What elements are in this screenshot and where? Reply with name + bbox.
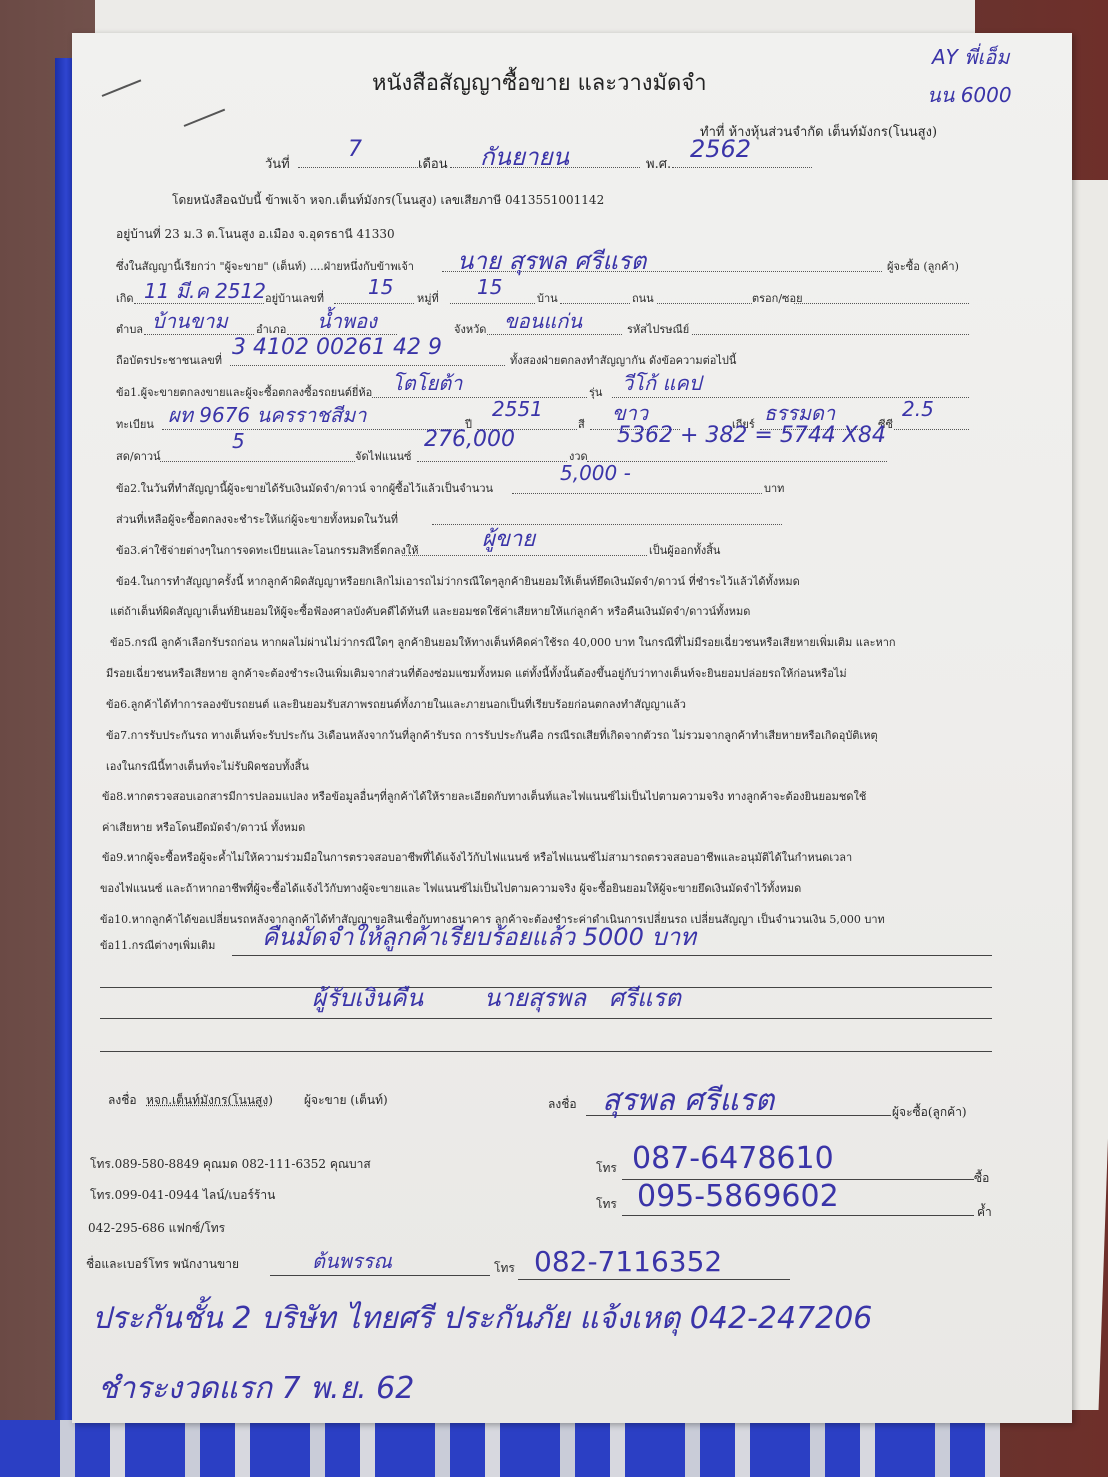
guarantor-phone-label: โทร <box>596 1195 617 1214</box>
seller-role: ผู้จะขาย (เต็นท์) <box>304 1091 388 1110</box>
clause-line: ค่าเสียหาย หรือโดนยึดมัดจำ/ดาวน์ ทั้งหมด <box>102 818 305 836</box>
clause-line: ข้อ4.ในการทำสัญญาครั้งนี้ หากลูกค้าผิดสั… <box>116 572 800 590</box>
seller-address: อยู่บ้านที่ 23 ม.3 ต.โนนสูง อ.เมือง จ.อุ… <box>116 225 395 244</box>
clause2-text: ข้อ2.ในวันที่ทำสัญญานี้ผู้จะขายได้รับเงิ… <box>116 479 493 497</box>
seller-sign-value: หจก.เต็นท์มังกร(โนนสูง) <box>146 1091 273 1110</box>
corner-note-2: นน 6000 <box>927 79 1012 111</box>
clause11-label: ข้อ11.กรณีต่างๆเพิ่มเติม <box>100 936 215 954</box>
clause-line: ของไฟแนนซ์ และถ้าหากอาชีพที่ผู้จะซื้อได้… <box>100 879 801 897</box>
seller-intro: โดยหนังสือฉบับนี้ ข้าพเจ้า หจก.เต็นท์มัง… <box>172 191 604 210</box>
buyer-name-label: ซึ่งในสัญญานี้เรียกว่า "ผู้จะขาย" (เต็นท… <box>116 257 414 275</box>
buyer-phone-label: โทร <box>596 1159 617 1178</box>
buyer-signature: สุรพล ศรีแรต <box>602 1077 774 1124</box>
moo-label: หมู่ที่ <box>417 289 439 307</box>
clause-line: ข้อ7.การรับประกันรถ ทางเต็นท์จะรับประกัน… <box>106 726 878 744</box>
tambon-label: ตำบล <box>116 320 143 338</box>
clause11-note-1: คืนมัดจำให้ลูกค้าเรียบร้อยแล้ว 5000 บาท <box>262 917 696 956</box>
car-model: วีโก้ แคป <box>622 367 701 399</box>
tambon-value: บ้านขาม <box>152 305 228 337</box>
blue-binder-bottom <box>0 1420 1000 1477</box>
month-value: กันยายน <box>480 137 569 176</box>
day-label: วันที่ <box>265 153 290 174</box>
salesperson-phone: 082-7116352 <box>534 1245 722 1278</box>
cc-value: 2.5 <box>902 397 934 421</box>
clause-line: เองในกรณีนี้ทางเต็นท์จะไม่รับผิดชอบทั้งส… <box>106 757 309 775</box>
province-label: จังหวัด <box>454 320 486 338</box>
buyer-role: ผู้จะซื้อ(ลูกค้า) <box>892 1103 967 1122</box>
down-value: 5 <box>232 429 245 453</box>
contact-line: 042-295-686 แฟกซ์/โทร <box>88 1219 225 1238</box>
contact-line: โทร.099-041-0944 ไลน์/เบอร์ร้าน <box>90 1186 275 1205</box>
buyer-phone-role: ซื้อ <box>974 1169 989 1188</box>
clause-line: ข้อ9.หากผู้จะซื้อหรือผู้จะค้ำไม่ให้ความร… <box>102 848 852 866</box>
contact-line: โทร.089-580-8849 คุณมด 082-111-6352 คุณบ… <box>90 1155 371 1174</box>
down-label: สด/ดาวน์ <box>116 447 161 465</box>
guarantor-phone: 095-5869602 <box>637 1179 839 1214</box>
province-value: ขอนแก่น <box>504 305 582 337</box>
postal-label: รหัสไปรษณีย์ <box>627 320 689 338</box>
salesperson-name: ต้นพรรณ <box>312 1245 392 1277</box>
plate-label: ทะเบียน <box>116 415 154 433</box>
contract-document: หนังสือสัญญาซื้อขาย และวางมัดจำ AY พี่เอ… <box>72 33 1072 1423</box>
car-year: 2551 <box>492 397 543 421</box>
staple-icon <box>102 79 142 97</box>
clause3-text: ข้อ3.ค่าใช้จ่ายต่างๆในการจดทะเบียนและโอน… <box>116 541 418 559</box>
insurance-note: ประกันชั้น 2 บริษัท ไทยศรี ประกันภัย แจ้… <box>92 1295 872 1342</box>
clause-line: แต่ถ้าเต็นท์ผิดสัญญาเต็นท์ยินยอมให้ผู้จะ… <box>110 602 750 620</box>
first-payment-note: ชำระงวดแรก 7 พ.ย. 62 <box>98 1365 414 1412</box>
born-value: 11 มี.ค 2512 <box>144 275 266 307</box>
moo-value: 15 <box>477 275 502 299</box>
buyer-phone: 087-6478610 <box>632 1141 834 1176</box>
clause-line: ข้อ5.กรณี ลูกค้าเลือกรับรถก่อน หากผลไม่ผ… <box>110 633 896 651</box>
clause11-note-3: ผู้รับเงินคืน นายสุรพล ศรีแรต <box>312 978 681 1017</box>
deposit-unit: บาท <box>764 479 784 497</box>
seller-sign-label: ลงชื่อ <box>108 1091 137 1110</box>
house-label: อยู่บ้านเลขที่ <box>265 289 324 307</box>
id-card-value: 3 4102 00261 42 9 <box>232 335 442 360</box>
document-title: หนังสือสัญญาซื้อขาย และวางมัดจำ <box>372 65 707 100</box>
clause3-value: ผู้ขาย <box>482 521 535 556</box>
deposit-amount: 5,000 - <box>560 461 631 485</box>
house-value: 15 <box>368 275 393 299</box>
installment-value: 5362 + 382 = 5744 X84 <box>617 423 886 448</box>
amphoe-value: น้ำพอง <box>317 305 377 337</box>
car-model-label: รุ่น <box>589 383 602 401</box>
clause3-suffix: เป็นผู้ออกทั้งสิ้น <box>649 541 720 559</box>
month-label: เดือน <box>418 153 448 174</box>
year-value: 2562 <box>690 135 751 163</box>
born-label: เกิด <box>116 289 134 307</box>
soi-label: ตรอก/ซอย <box>752 289 803 307</box>
corner-note-1: AY พี่เอ็ม <box>932 41 1009 73</box>
finance-label: จัดไฟแนนซ์ <box>355 447 412 465</box>
car-color-label: สี <box>578 415 585 433</box>
salesperson-phone-label: โทร <box>494 1259 515 1278</box>
plate-value: ผท 9676 นครราชสีมา <box>168 399 366 431</box>
road-label: ถนน <box>632 289 654 307</box>
car-brand: โตโยต้า <box>392 367 462 399</box>
salesperson-label: ชื่อและเบอร์โทร พนักงานขาย <box>86 1255 239 1274</box>
year-label: พ.ศ. <box>646 153 671 174</box>
buyer-sign-label: ลงชื่อ <box>548 1095 577 1114</box>
staple-icon <box>184 109 226 127</box>
id-card-label: ถือบัตรประชาชนเลขที่ <box>116 351 222 369</box>
guarantor-phone-role: ค้ำ <box>977 1203 992 1222</box>
buyer-role: ผู้จะซื้อ (ลูกค้า) <box>887 257 959 275</box>
remaining-text: ส่วนที่เหลือผู้จะซื้อตกลงจะชำระให้แก่ผู้… <box>116 510 398 528</box>
clause-line: มีรอยเฉี่ยวชนหรือเสียหาย ลูกค้าจะต้องชำร… <box>106 664 847 682</box>
clause-line: ข้อ8.หากตรวจสอบเอกสารมีการปลอมแปลง หรือข… <box>102 787 866 805</box>
day-value: 7 <box>348 137 362 162</box>
finance-value: 276,000 <box>424 427 515 452</box>
clause-line: ข้อ6.ลูกค้าได้ทำการลองขับรถยนต์ และยินยอ… <box>106 695 686 713</box>
